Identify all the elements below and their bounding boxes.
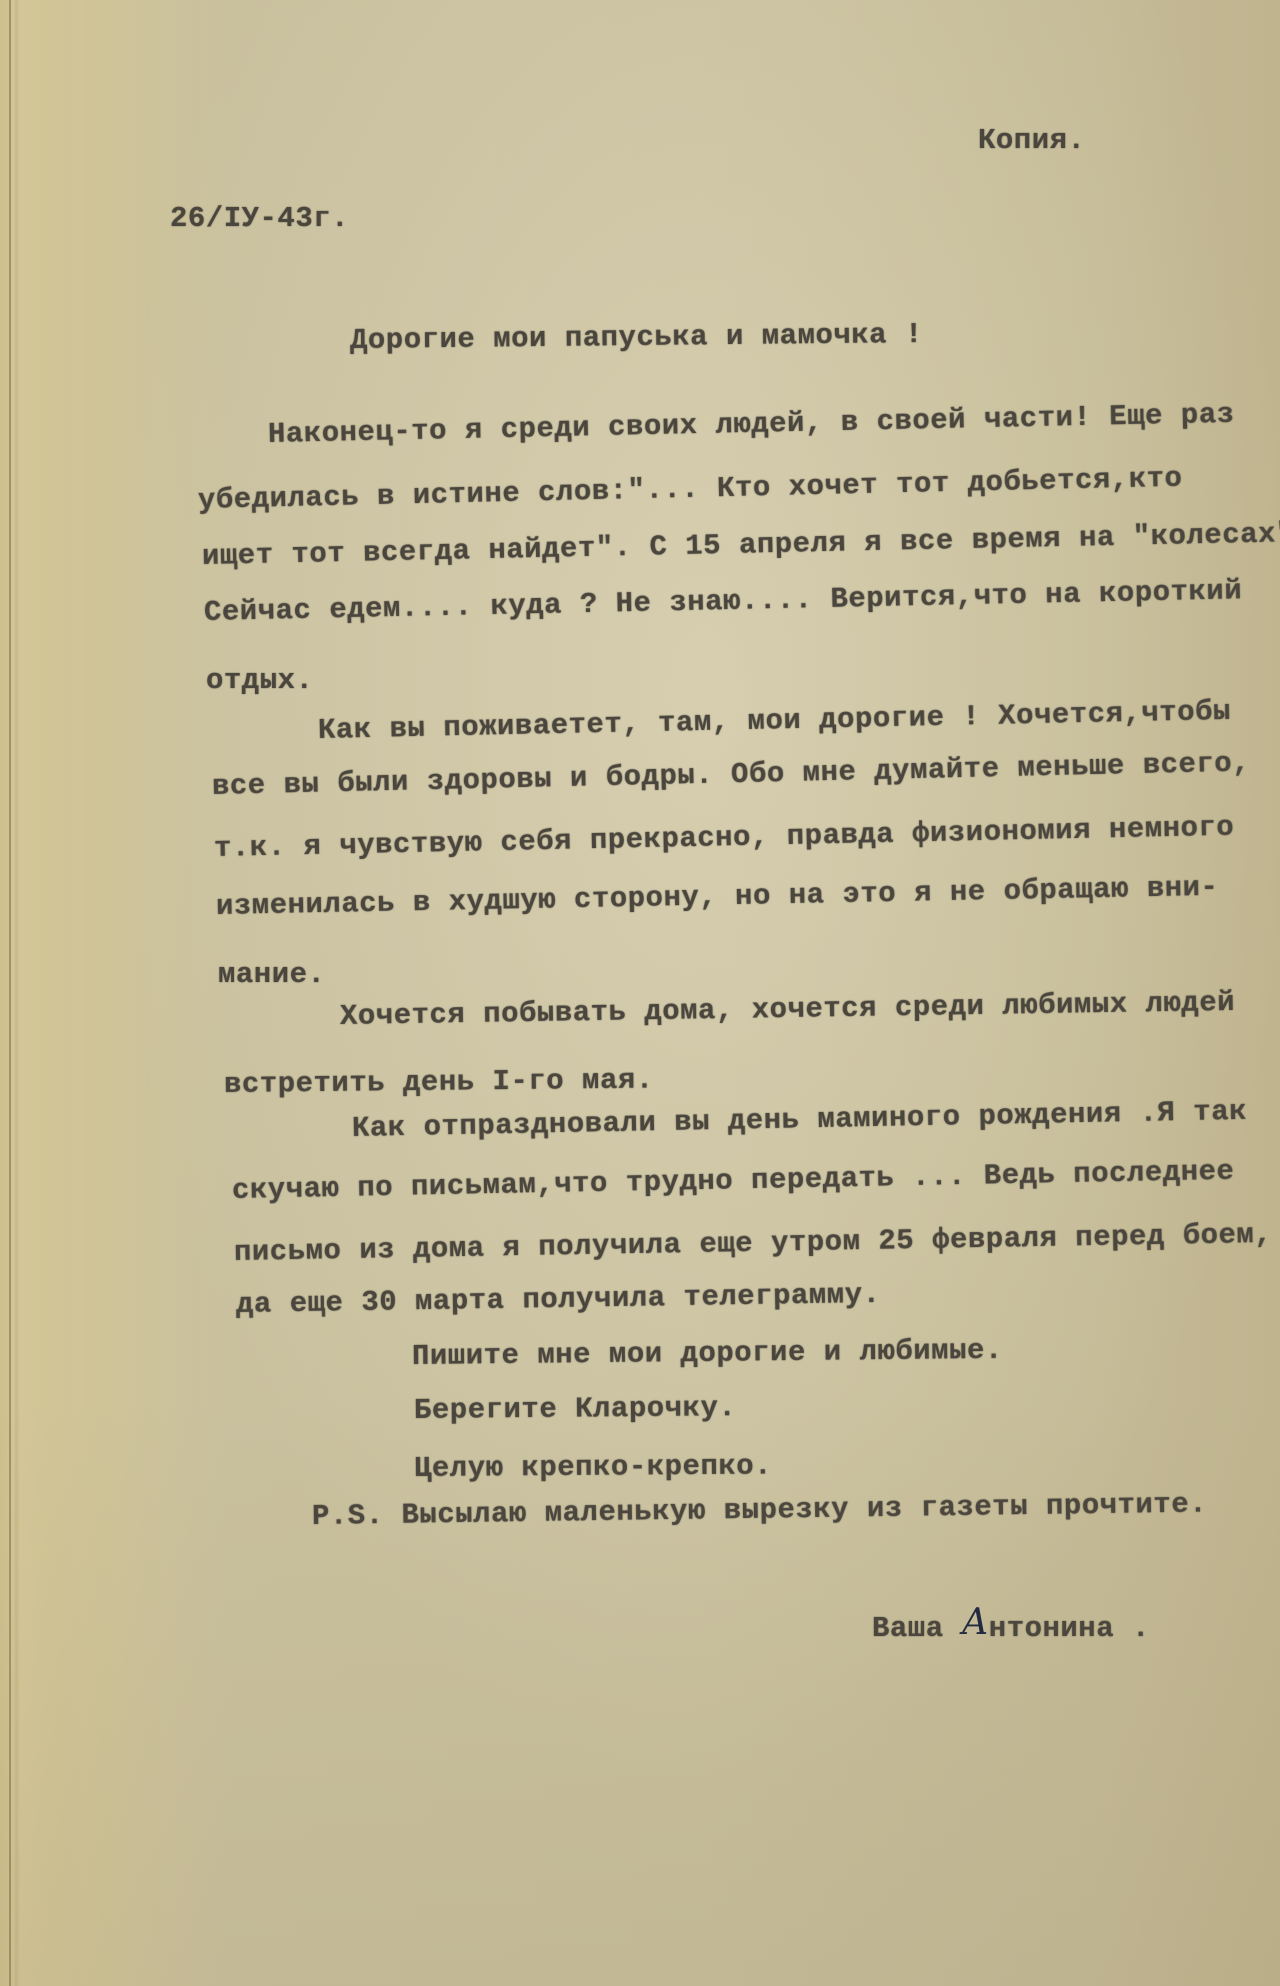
typewritten-letter-page: Копия. 26/IУ-43г. Дорогие мои папуська и… (0, 0, 1280, 1986)
paragraph-3-line-1: Хочется побывать дома, хочется среди люб… (340, 986, 1236, 1033)
paragraph-2-line-1: Как вы поживаетет, там, мои дорогие ! Хо… (318, 695, 1232, 747)
signature: Ваша Антонина . (872, 1604, 1150, 1645)
paragraph-2-line-4: изменилась в худшую сторону, но на это я… (216, 871, 1219, 923)
closing-line-1: Пишите мне мои дорогие и любимые. (412, 1334, 1003, 1373)
paragraph-2-line-5: мание. (218, 958, 325, 991)
closing-line-2: Берегите Кларочку. (414, 1391, 737, 1427)
signature-period: . (1132, 1612, 1150, 1645)
paragraph-1-line-2: убедилась в истине слов:"... Кто хочет т… (198, 462, 1183, 517)
signature-name: нтонина (989, 1612, 1114, 1645)
paragraph-2-line-3: т.к. я чувствую себя прекрасно, правда ф… (214, 811, 1235, 865)
paragraph-1-line-5: отдых. (206, 664, 313, 697)
paragraph-1-line-4: Сейчас едем.... куда ? Не знаю.... Верит… (204, 574, 1243, 629)
paragraph-4-line-1: Как отпраздновали вы день маминого рожде… (352, 1095, 1248, 1145)
signature-handwritten-initial: А (962, 1602, 989, 1643)
page-edge-divider (9, 0, 11, 1986)
salutation: Дорогие мои папуська и мамочка ! (350, 318, 923, 357)
paragraph-4-line-3: письмо из дома я получила еще утром 25 ф… (234, 1218, 1273, 1269)
paragraph-4-line-4: да еще 30 марта получила телеграмму. (236, 1278, 881, 1321)
paragraph-1-line-3: ищет тот всегда найдет". С 15 апреля я в… (202, 517, 1280, 573)
closing-line-3: Целую крепко-крепко. (414, 1450, 772, 1485)
paragraph-4-line-2: скучаю по письмам,что трудно передать ..… (232, 1155, 1235, 1207)
signature-prefix: Ваша (872, 1612, 944, 1645)
paragraph-2-line-2: все вы были здоровы и бодры. Обо мне дум… (212, 746, 1251, 803)
postscript: P.S. Высылаю маленькую вырезку из газеты… (312, 1488, 1208, 1533)
paragraph-3-line-2: встретить день I-го мая. (224, 1064, 654, 1101)
paragraph-1-line-1: Наконец-то я среди своих людей, в своей … (268, 398, 1235, 451)
letter-date: 26/IУ-43г. (170, 202, 349, 235)
copy-label: Копия. (978, 124, 1085, 157)
